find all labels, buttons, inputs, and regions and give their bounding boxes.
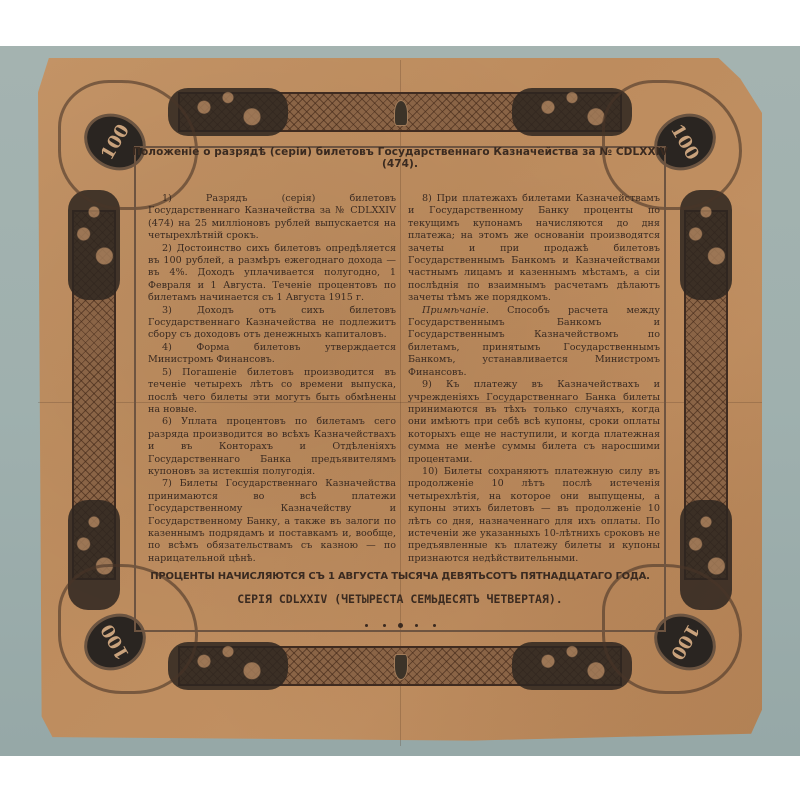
right-text-column: 8) При платежахъ билетами Казначействамъ…: [408, 193, 660, 565]
clause-4: 4) Форма билетовъ утверждается Министром…: [148, 342, 396, 367]
clause-1: 1) Разрядъ (серiя) билетовъ Государствен…: [148, 193, 396, 243]
clause-5: 5) Погашенiе билетовъ производится въ те…: [148, 367, 396, 417]
series-statement: СЕРIЯ CDLXXIV (ЧЕТЫРЕСТА СЕМЬДЕСЯТЪ ЧЕТВ…: [150, 592, 650, 606]
clause-8: 8) При платежахъ билетами Казначействамъ…: [408, 193, 660, 305]
fleur-de-lis-icon: [394, 654, 408, 680]
clause-10: 10) Билеты сохраняютъ платежную силу въ …: [408, 466, 660, 565]
fleur-de-lis-icon: [394, 100, 408, 126]
note-label: Примѣчанiе.: [422, 305, 489, 316]
clause-2: 2) Достоинство сихъ билетовъ опредѣляетс…: [148, 243, 396, 305]
document-heading: Положенiе о разрядѣ (серiи) билетовъ Гос…: [120, 146, 680, 170]
clause-7: 7) Билеты Государственнаго Казначейства …: [148, 478, 396, 565]
left-text-column: 1) Разрядъ (серiя) билетовъ Государствен…: [148, 193, 396, 565]
divider-dots-ornament: [355, 623, 445, 629]
clause-3: 3) Доходъ отъ сихъ билетовъ Государствен…: [148, 305, 396, 342]
clause-6: 6) Уплата процентовъ по билетамъ сего ра…: [148, 416, 396, 478]
clause-note: Примѣчанiе. Способъ расчета между Госуда…: [408, 305, 660, 379]
interest-start-statement: ПРОЦЕНТЫ НАЧИСЛЯЮТСЯ СЪ 1 АВГУСТА ТЫСЯЧА…: [150, 571, 650, 582]
clause-9: 9) Къ платежу въ Казначействахъ и учрежд…: [408, 379, 660, 466]
